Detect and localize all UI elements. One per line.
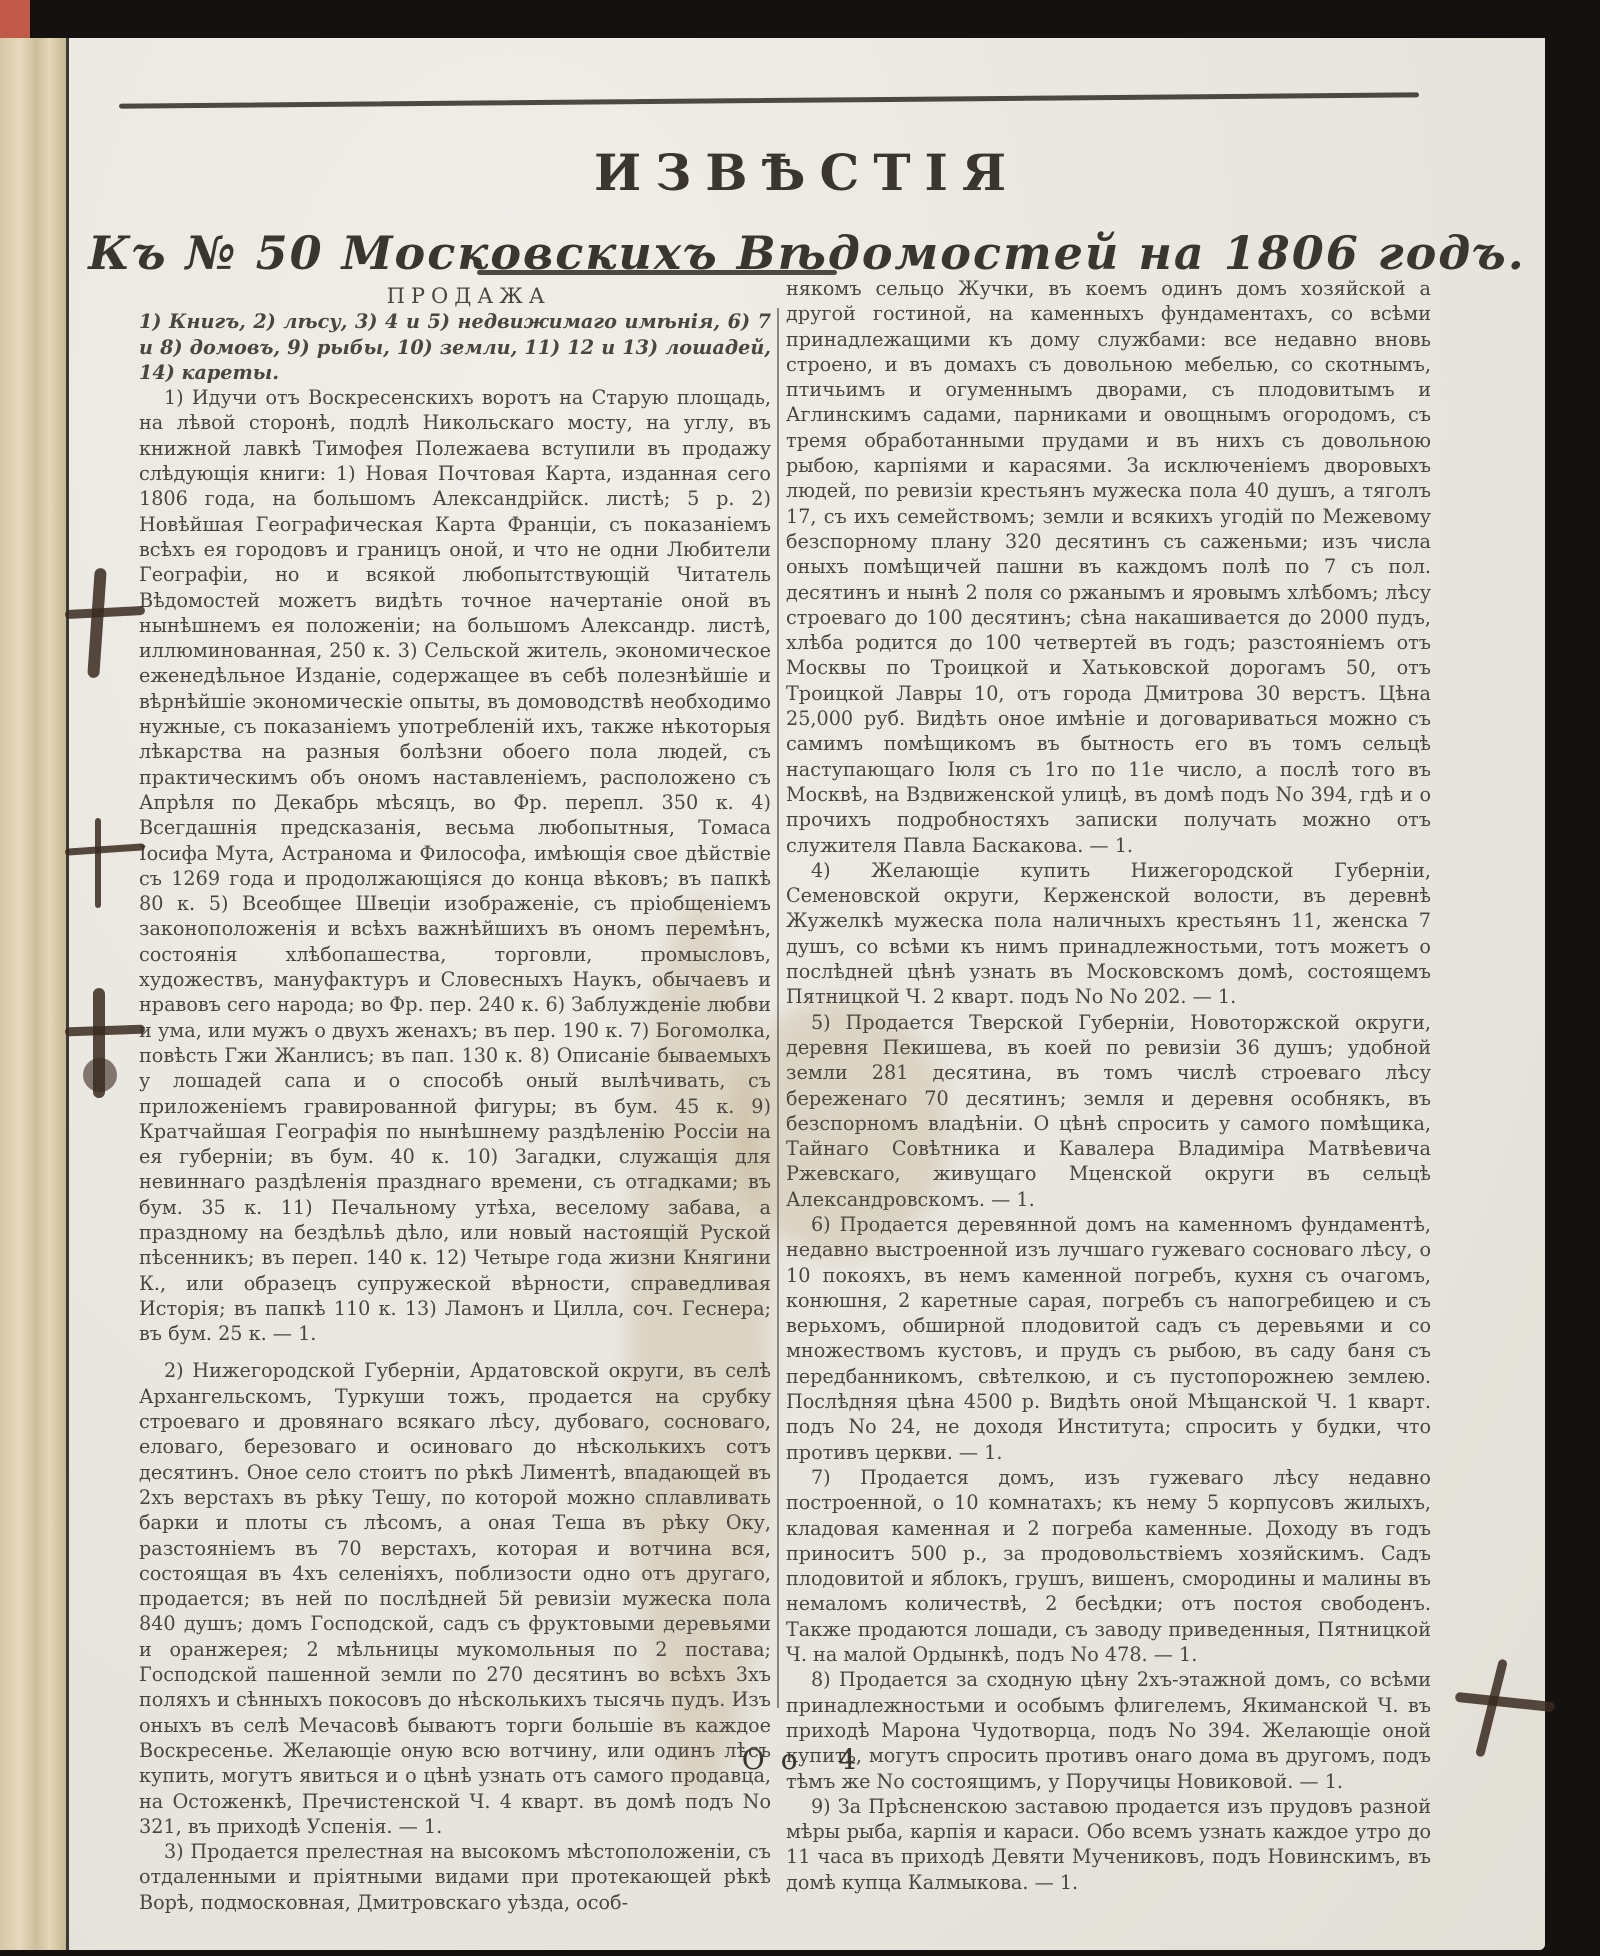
advertisement: 3) Продается прелестная на высокомъ мѣст… bbox=[139, 1839, 771, 1915]
title-rule bbox=[477, 270, 837, 275]
masthead-title: ИЗВѢСТІЯ bbox=[69, 143, 1545, 202]
advertisement: 9) За Прѣсненскою заставою продается изъ… bbox=[786, 1794, 1431, 1895]
bookmark-ribbon bbox=[0, 0, 30, 40]
top-rule bbox=[119, 92, 1419, 108]
right-column: някомъ сельцо Жучки, въ коемъ одинъ домъ… bbox=[786, 276, 1431, 1895]
book-binding bbox=[0, 38, 66, 1950]
page-signature: Оо 4 bbox=[69, 1743, 1545, 1776]
advertisement: 1) Идучи отъ Воскресенскихъ воротъ на Ст… bbox=[139, 385, 771, 1346]
advertisement: 7) Продается домъ, изъ гужеваго лѣсу нед… bbox=[786, 1465, 1431, 1667]
column-divider bbox=[777, 308, 779, 1708]
section-heading: ПРОДАЖА bbox=[139, 284, 771, 309]
advertisement: 6) Продается деревянной домъ на каменном… bbox=[786, 1212, 1431, 1465]
advertisement: 4) Желающіе купить Нижегородской Губерні… bbox=[786, 858, 1431, 1010]
advertisement: някомъ сельцо Жучки, въ коемъ одинъ домъ… bbox=[786, 276, 1431, 858]
section-summary: 1) Книгъ, 2) лѣсу, 3) 4 и 5) недвижимаго… bbox=[139, 309, 771, 385]
advertisement: 5) Продается Тверской Губерніи, Новоторж… bbox=[786, 1010, 1431, 1212]
newspaper-page: ИЗВѢСТІЯ Къ № 50 Московскихъ Вѣдомостей … bbox=[66, 38, 1545, 1950]
left-column: ПРОДАЖА 1) Книгъ, 2) лѣсу, 3) 4 и 5) нед… bbox=[139, 284, 771, 1915]
